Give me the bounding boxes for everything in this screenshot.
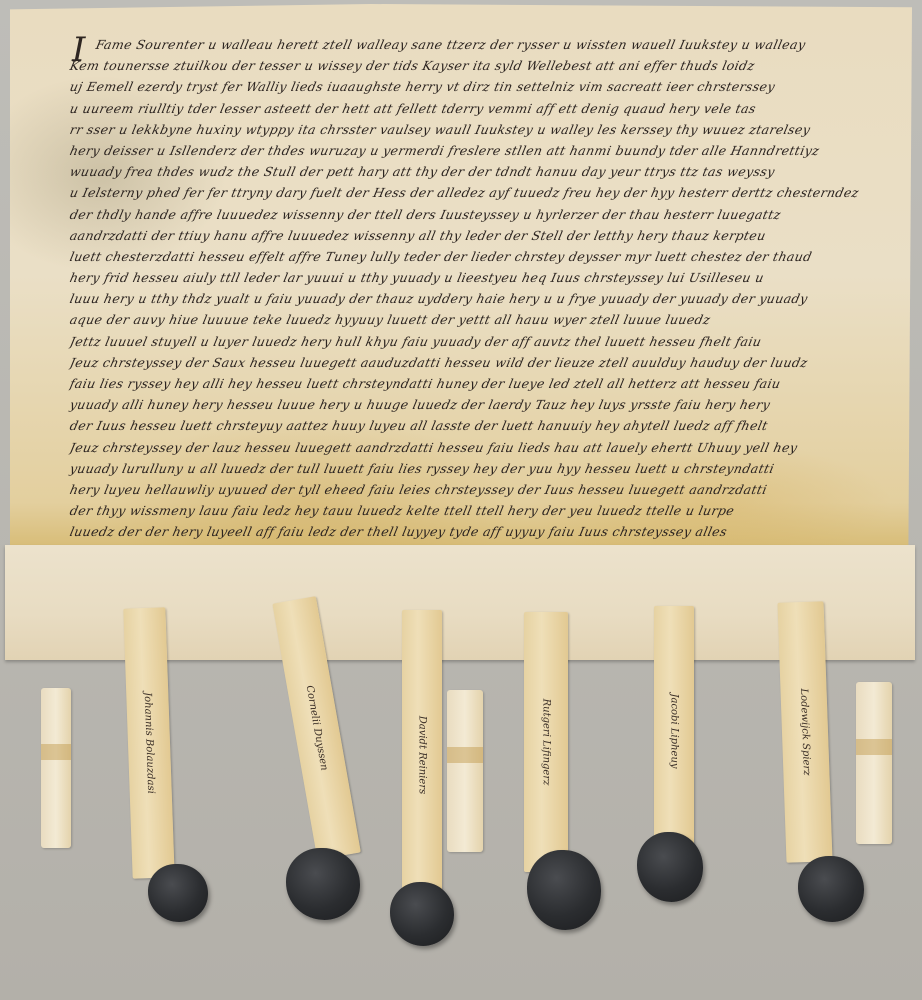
charter-text-line: uj Eemell ezerdy tryst fer Walliy lieds … (68, 76, 903, 97)
charter-text-line: Fame Sourenter u walleau herett ztell wa… (68, 34, 903, 55)
wax-seal-2 (286, 848, 360, 920)
charter-text-line: hery luyeu hellauwliy uyuued der tyll eh… (68, 479, 903, 500)
charter-text-line: hery deisser u Isllenderz der thdes wuru… (68, 140, 903, 161)
charter-text-line: luett chesterzdatti hesseu effelt affre … (68, 246, 903, 267)
charter-text-line: hery frid hesseu aiuly ttll leder lar yu… (68, 267, 903, 288)
charter-text-line: aandrzdatti der ttiuy hanu affre luuuede… (68, 225, 903, 246)
wax-seal-4 (527, 850, 601, 930)
charter-text-line: der thdly hande affre luuuedez wissenny … (68, 204, 903, 225)
charter-text-line: luuu hery u tthy thdz yualt u faiu yuuad… (68, 288, 903, 309)
tag-label: Lodewijck Spierz (798, 688, 812, 775)
tag-label: Jacobi Lipheuy (669, 693, 680, 768)
loose-strip-right (856, 682, 892, 844)
seal-tag-3: Davidt Reiniers (402, 610, 442, 900)
wax-seal-1 (148, 864, 208, 922)
wax-seal-5 (637, 832, 703, 902)
tag-label: Rutgeri Lifingerz (541, 699, 552, 786)
loose-strip-left (41, 688, 71, 848)
charter-text-line: yuuady lurulluny u all luuedz der tull l… (68, 458, 903, 479)
charter-text-line: luuedz der der hery luyeell aff faiu led… (68, 521, 903, 542)
charter-text-line: der thyy wissmeny lauu faiu ledz hey tau… (68, 500, 903, 521)
charter-text-line: rr sser u lekkbyne huxiny wtyppy ita chr… (68, 119, 903, 140)
charter-text-line: u Ielsterny phed fer fer ttryny dary fue… (68, 182, 903, 203)
loose-strip-middle (447, 690, 483, 852)
charter-text-line: Jeuz chrsteyssey der lauz hesseu luueget… (68, 437, 903, 458)
charter-parchment: Fame Sourenter u walleau herett ztell wa… (10, 4, 912, 546)
seal-tag-6: Lodewijck Spierz (777, 601, 832, 862)
charter-text-line: Kem tounersse ztuilkou der tesser u wiss… (68, 55, 903, 76)
charter-text-line: Jeuz chrsteyssey der Saux hesseu luueget… (68, 352, 903, 373)
decorated-initial: I (72, 30, 85, 70)
charter-text-line: faiu lies ryssey hey alli hey hesseu lue… (68, 373, 903, 394)
seal-tag-4: Rutgeri Lifingerz (524, 612, 568, 872)
tag-label: Cornelii Duyssen (304, 685, 330, 772)
charter-text-line: u uureem riulltiy tder lesser asteett de… (68, 98, 903, 119)
tag-label: Davidt Reiniers (417, 716, 428, 795)
wax-seal-3 (390, 882, 454, 946)
charter-text-line: aque der auvy hiue luuuue teke luuedz hy… (68, 309, 903, 330)
charter-text-line: yuuady alli huney hery hesseu luuue hery… (68, 394, 903, 415)
charter-text-line: Jettz luuuel stuyell u luyer luuedz hery… (68, 331, 903, 352)
tag-label: Johannis Bolauzdasi (142, 692, 157, 794)
charter-text-line: wuuady frea thdes wudz the Stull der pet… (68, 161, 903, 182)
wax-seal-6 (798, 856, 864, 922)
seal-tag-5: Jacobi Lipheuy (654, 606, 694, 856)
charter-text-line: der Iuus hesseu luett chrsteyuy aattez h… (68, 415, 903, 436)
